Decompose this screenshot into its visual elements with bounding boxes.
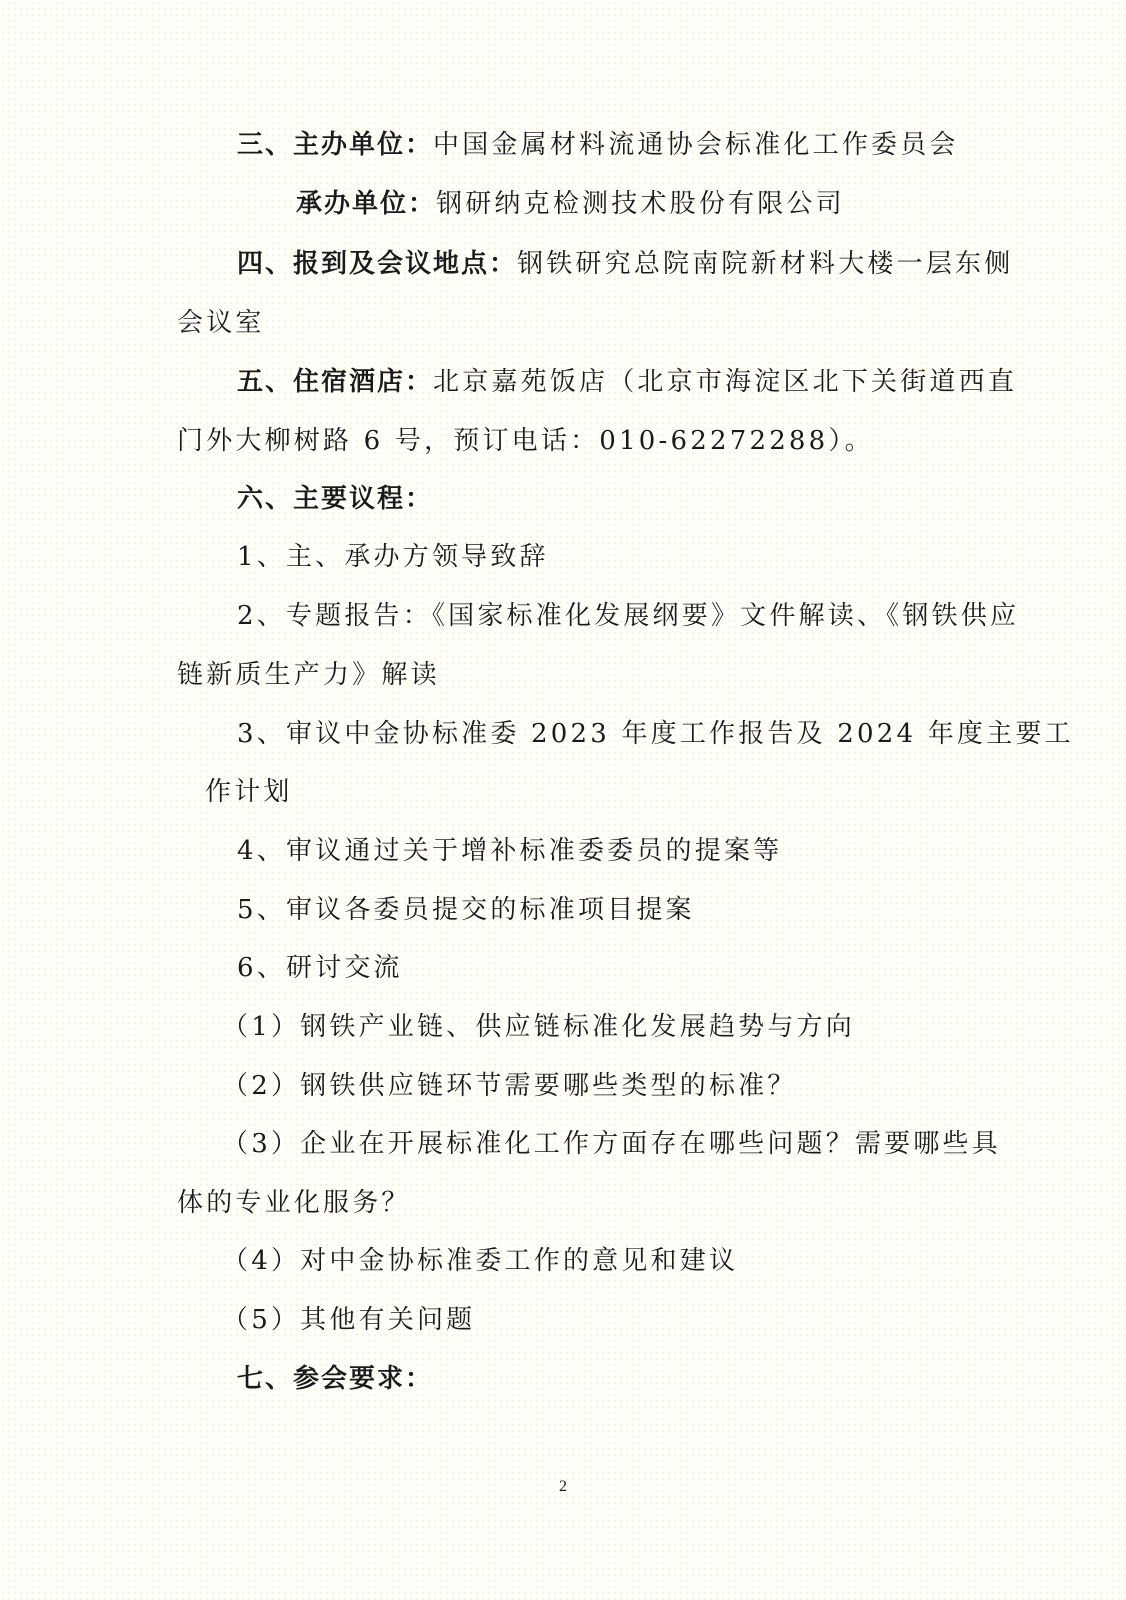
section-3-heading: 三、主办单位： [237,130,433,160]
section-5-heading: 五、住宿酒店： [237,367,433,397]
discussion-item-4: （4）对中金协标准委工作的意见和建议 [222,1245,738,1277]
page-number: 2 [0,1478,1126,1496]
agenda-item-5: 5、审议各委员提交的标准项目提案 [237,894,695,926]
agenda-item-1: 1、主、承办方领导致辞 [237,541,549,573]
section-7-heading: 七、参会要求： [237,1363,433,1395]
section-5-text-2: 门外大柳树路 6 号，预订电话：010-62272288）。 [177,425,874,457]
discussion-item-3-cont: 体的专业化服务？ [177,1187,411,1219]
section-4-heading: 四、报到及会议地点： [237,249,517,279]
co-organizer-heading: 承办单位： [296,189,436,219]
discussion-item-1: （1）钢铁产业链、供应链标准化发展趋势与方向 [222,1011,855,1043]
agenda-item-3-cont: 作计划 [205,776,293,808]
agenda-item-4: 4、审议通过关于增补标准委委员的提案等 [237,835,782,867]
document-page: 三、主办单位：中国金属材料流通协会标准化工作委员会 承办单位：钢研纳克检测技术股… [0,0,1126,1600]
section-4-text-1: 钢铁研究总院南院新材料大楼一层东侧 [517,249,1013,279]
section-5-line: 五、住宿酒店：北京嘉苑饭店（北京市海淀区北下关街道西直 [237,366,1017,398]
section-3-text: 中国金属材料流通协会标准化工作委员会 [433,130,959,160]
agenda-item-3: 3、审议中金协标准委 2023 年度工作报告及 2024 年度主要工 [237,718,1074,750]
section-3-line: 三、主办单位：中国金属材料流通协会标准化工作委员会 [237,129,959,161]
agenda-item-6: 6、研讨交流 [237,952,403,984]
section-5-text-1: 北京嘉苑饭店（北京市海淀区北下关街道西直 [433,367,1017,397]
agenda-item-2: 2、专题报告：《国家标准化发展纲要》文件解读、《钢铁供应 [237,600,1019,632]
section-6-heading: 六、主要议程： [237,483,433,515]
co-organizer-text: 钢研纳克检测技术股份有限公司 [436,189,845,219]
discussion-item-5: （5）其他有关问题 [222,1304,475,1336]
section-3-sub-line: 承办单位：钢研纳克检测技术股份有限公司 [296,188,845,220]
section-4-line: 四、报到及会议地点：钢铁研究总院南院新材料大楼一层东侧 [237,248,1013,280]
discussion-item-2: （2）钢铁供应链环节需要哪些类型的标准？ [222,1070,797,1102]
agenda-item-2-cont: 链新质生产力》解读 [177,659,440,691]
section-4-text-2: 会议室 [177,307,265,339]
discussion-item-3: （3）企业在开展标准化工作方面存在哪些问题？需要哪些具 [222,1128,1001,1160]
